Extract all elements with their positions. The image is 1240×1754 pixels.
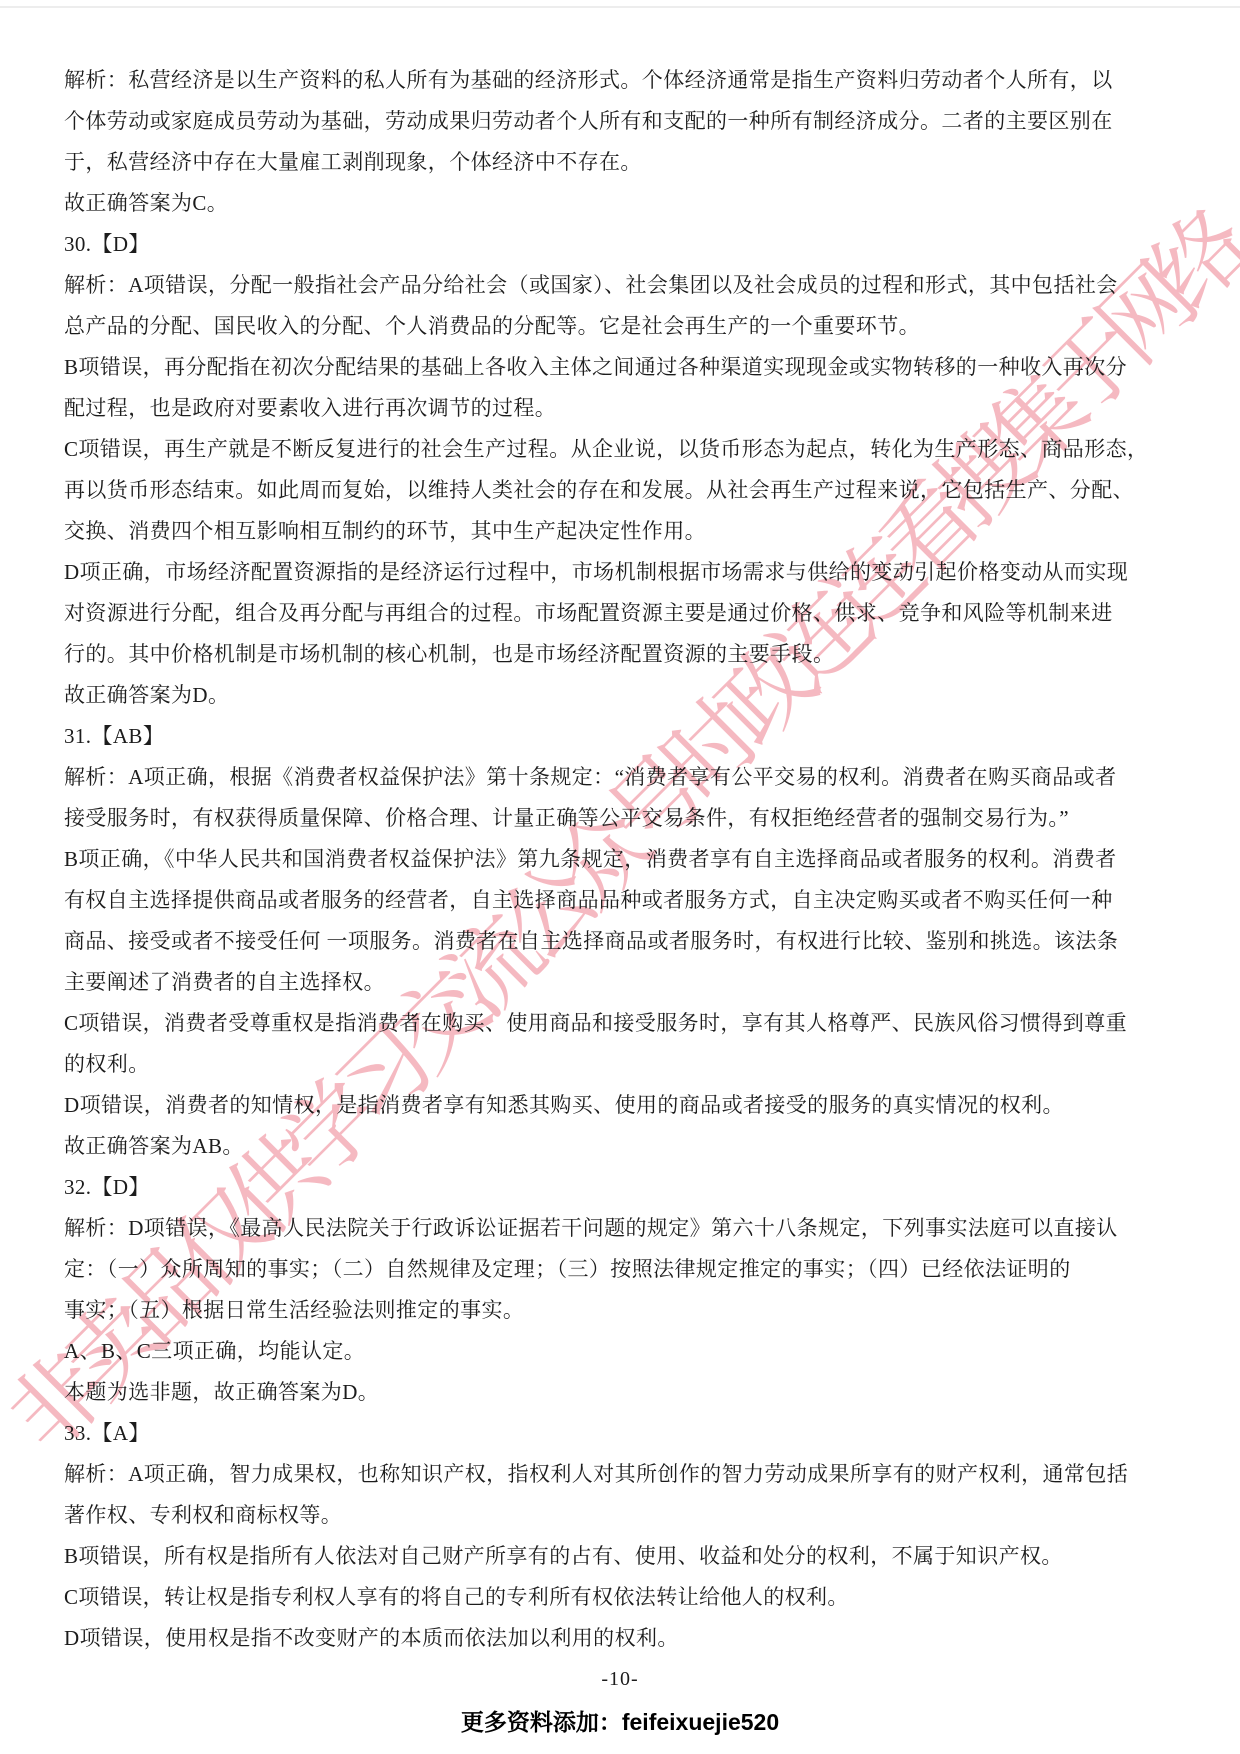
text-line: 于，私营经济中存在大量雇工剥削现象，个体经济中不存在。	[64, 142, 1178, 183]
footer-contact: 更多资料添加：feifeixuejie520	[0, 1704, 1240, 1737]
text-line: 商品、接受或者不接受任何 一项服务。消费者在自主选择商品或者服务时，有权进行比较…	[64, 921, 1178, 962]
text-line: B项错误，再分配指在初次分配结果的基础上各收入主体之间通过各种渠道实现现金或实物…	[64, 347, 1178, 388]
text-line: C项错误，转让权是指专利权人享有的将自己的专利所有权依法转让给他人的权利。	[64, 1577, 1178, 1618]
question-33-answer-heading: 33.【A】	[64, 1413, 1178, 1454]
text-line: 解析：A项正确，智力成果权，也称知识产权，指权利人对其所创作的智力劳动成果所享有…	[64, 1454, 1178, 1495]
text-line: 行的。其中价格机制是市场机制的核心机制，也是市场经济配置资源的主要手段。	[64, 634, 1178, 675]
text-line: D项错误，使用权是指不改变财产的本质而依法加以利用的权利。	[64, 1618, 1178, 1659]
text-line: C项错误，消费者受尊重权是指消费者在购买、使用商品和接受服务时，享有其人格尊严、…	[64, 1003, 1178, 1044]
text-line: B项正确，《中华人民共和国消费者权益保护法》第九条规定，消费者享有自主选择商品或…	[64, 839, 1178, 880]
text-line: 的权利。	[64, 1044, 1178, 1085]
text-line: A、B、C三项正确，均能认定。	[64, 1331, 1178, 1372]
text-line: 解析：私营经济是以生产资料的私人所有为基础的经济形式。个体经济通常是指生产资料归…	[64, 60, 1178, 101]
text-line: 著作权、专利权和商标权等。	[64, 1495, 1178, 1536]
text-line: D项错误，消费者的知情权，是指消费者享有知悉其购买、使用的商品或者接受的服务的真…	[64, 1085, 1178, 1126]
text-line: 个体劳动或家庭成员劳动为基础，劳动成果归劳动者个人所有和支配的一种所有制经济成分…	[64, 101, 1178, 142]
text-line: D项正确，市场经济配置资源指的是经济运行过程中，市场机制根据市场需求与供给的变动…	[64, 552, 1178, 593]
question-30-answer-heading: 30.【D】	[64, 224, 1178, 265]
text-line: 解析：A项正确，根据《消费者权益保护法》第十条规定：“消费者享有公平交易的权利。…	[64, 757, 1178, 798]
text-line: 配过程，也是政府对要素收入进行再次调节的过程。	[64, 388, 1178, 429]
text-line: 解析：D项错误，《最高人民法院关于行政诉讼证据若干问题的规定》第六十八条规定，下…	[64, 1208, 1178, 1249]
text-line: 本题为选非题，故正确答案为D。	[64, 1372, 1178, 1413]
text-line: 故正确答案为D。	[64, 675, 1178, 716]
text-line: 主要阐述了消费者的自主选择权。	[64, 962, 1178, 1003]
text-line: 定：（一）众所周知的事实；（二）自然规律及定理；（三）按照法律规定推定的事实；（…	[64, 1249, 1178, 1290]
text-line: 解析：A项错误，分配一般指社会产品分给社会（或国家）、社会集团以及社会成员的过程…	[64, 265, 1178, 306]
document-page: 非卖品仅供学习交流公众号时政连连看搜集于网络 解析：私营经济是以生产资料的私人所…	[0, 0, 1240, 1754]
text-line: 故正确答案为C。	[64, 183, 1178, 224]
text-line: B项错误，所有权是指所有人依法对自己财产所享有的占有、使用、收益和处分的权利，不…	[64, 1536, 1178, 1577]
text-line: 对资源进行分配，组合及再分配与再组合的过程。市场配置资源主要是通过价格、供求、竞…	[64, 593, 1178, 634]
answer-explanations-body: 解析：私营经济是以生产资料的私人所有为基础的经济形式。个体经济通常是指生产资料归…	[64, 60, 1178, 1659]
text-line: 有权自主选择提供商品或者服务的经营者，自主选择商品品种或者服务方式，自主决定购买…	[64, 880, 1178, 921]
question-32-answer-heading: 32.【D】	[64, 1167, 1178, 1208]
text-line: 总产品的分配、国民收入的分配、个人消费品的分配等。它是社会再生产的一个重要环节。	[64, 306, 1178, 347]
page-top-rule	[0, 6, 1240, 8]
page-number: -10-	[0, 1668, 1240, 1691]
text-line: 故正确答案为AB。	[64, 1126, 1178, 1167]
question-31-answer-heading: 31.【AB】	[64, 716, 1178, 757]
text-line: C项错误，再生产就是不断反复进行的社会生产过程。从企业说，以货币形态为起点，转化…	[64, 429, 1178, 470]
text-line: 交换、消费四个相互影响相互制约的环节，其中生产起决定性作用。	[64, 511, 1178, 552]
text-line: 再以货币形态结束。如此周而复始，以维持人类社会的存在和发展。从社会再生产过程来说…	[64, 470, 1178, 511]
text-line: 接受服务时，有权获得质量保障、价格合理、计量正确等公平交易条件，有权拒绝经营者的…	[64, 798, 1178, 839]
text-line: 事实；（五）根据日常生活经验法则推定的事实。	[64, 1290, 1178, 1331]
